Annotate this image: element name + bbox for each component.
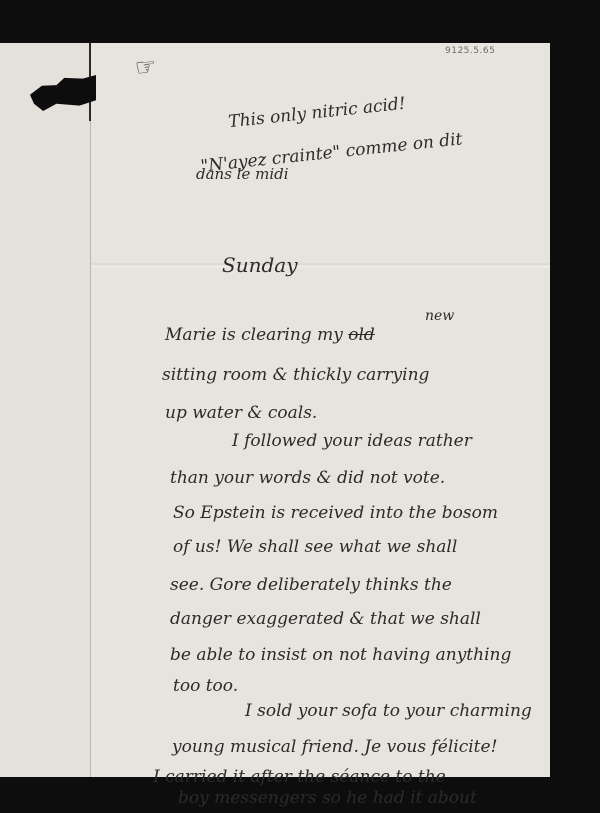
body-line: I carried it after the séance to the <box>153 767 446 787</box>
body-line: too too. <box>173 676 238 696</box>
letter-heading: Sunday <box>222 253 298 277</box>
body-line: I followed your ideas rather <box>232 431 472 451</box>
body-line: sitting room & thickly carrying <box>162 365 429 385</box>
body-line: I sold your sofa to your charming <box>245 701 532 721</box>
left-leaf <box>0 43 91 777</box>
body-line: So Epstein is received into the bosom <box>173 503 498 523</box>
body-line: up water & coals. <box>165 403 317 423</box>
body-line: be able to insist on not having anything <box>170 645 511 665</box>
body-line: boy messengers so he had it about <box>178 788 477 808</box>
postscript-line-1: This only nitric acid! <box>227 94 406 132</box>
manicule-icon: ☞ <box>133 52 158 83</box>
body-line: than your words & did not vote. <box>170 468 445 488</box>
letter-page: 9125.5.65 ☞ This only nitric acid! "N'ay… <box>0 43 550 777</box>
body-line: Marie is clearing my old <box>165 325 375 345</box>
body-line: young musical friend. Je vous félicite! <box>172 737 497 757</box>
body-line: danger exaggerated & that we shall <box>170 609 481 629</box>
archive-reference: 9125.5.65 <box>445 46 495 56</box>
insertion-word: new <box>425 308 454 324</box>
postscript-line-3: dans le midi <box>196 165 289 183</box>
body-line: see. Gore deliberately thinks the <box>170 575 452 595</box>
body-line: of us! We shall see what we shall <box>173 537 457 557</box>
struck-word: old <box>348 325 375 345</box>
